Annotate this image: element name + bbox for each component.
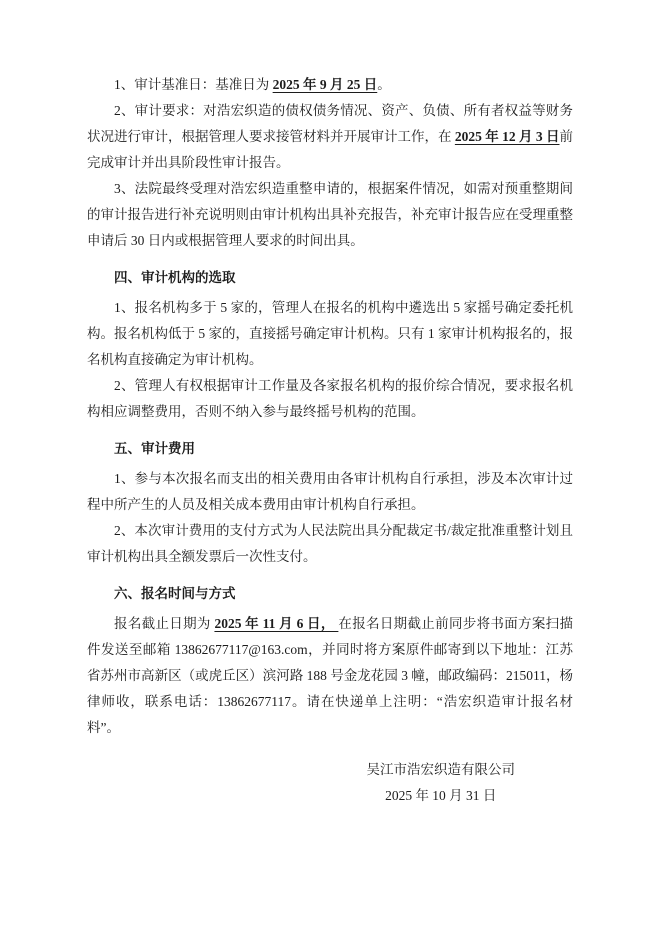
signature-date: 2025 年 10 月 31 日 <box>367 783 516 809</box>
signature-block: 吴江市浩宏织造有限公司 2025 年 10 月 31 日 <box>367 757 516 809</box>
item-payment-method: 2、本次审计费用的支付方式为人民法院出具分配裁定书/裁定批准重整计划且审计机构出… <box>87 518 573 570</box>
audit-base-date-value: 2025 年 9 月 25 日 <box>273 77 378 92</box>
item-text-suffix: 在报名日期截止前同步将书面方案扫描件发送至邮箱 13862677117@163.… <box>87 616 573 735</box>
section-heading-registration-time-method: 六、报名时间与方式 <box>87 581 573 607</box>
section-heading-audit-fees: 五、审计费用 <box>87 436 573 462</box>
document-page: 1、审计基准日：基准日为 2025 年 9 月 25 日。 2、审计要求：对浩宏… <box>0 0 660 940</box>
item-text-prefix: 1、审计基准日：基准日为 <box>114 77 273 92</box>
item-registration-instructions: 报名截止日期为 2025 年 11 月 6 日， 在报名日期截止前同步将书面方案… <box>87 611 573 741</box>
audit-deadline-value: 2025 年 12 月 3 日 <box>455 129 560 144</box>
item-fee-adjustment-rule: 2、管理人有权根据审计工作量及各家报名机构的报价综合情况，要求报名机构相应调整费… <box>87 373 573 425</box>
section-heading-agency-selection: 四、审计机构的选取 <box>87 265 573 291</box>
item-text-suffix: 。 <box>377 77 391 92</box>
item-audit-requirements: 2、审计要求：对浩宏织造的债权债务情况、资产、负债、所有者权益等财务状况进行审计… <box>87 98 573 176</box>
item-lottery-selection-rule: 1、报名机构多于 5 家的，管理人在报名的机构中遴选出 5 家摇号确定委托机构。… <box>87 295 573 373</box>
signature-company: 吴江市浩宏织造有限公司 <box>367 757 516 783</box>
item-audit-base-date: 1、审计基准日：基准日为 2025 年 9 月 25 日。 <box>87 72 573 98</box>
item-court-acceptance-supplement: 3、法院最终受理对浩宏织造重整申请的，根据案件情况，如需对预重整期间的审计报告进… <box>87 176 573 254</box>
registration-deadline-value: 2025 年 11 月 6 日， <box>214 616 338 631</box>
item-fees-self-borne: 1、参与本次报名而支出的相关费用由各审计机构自行承担，涉及本次审计过程中所产生的… <box>87 466 573 518</box>
item-text-prefix: 报名截止日期为 <box>114 616 214 631</box>
